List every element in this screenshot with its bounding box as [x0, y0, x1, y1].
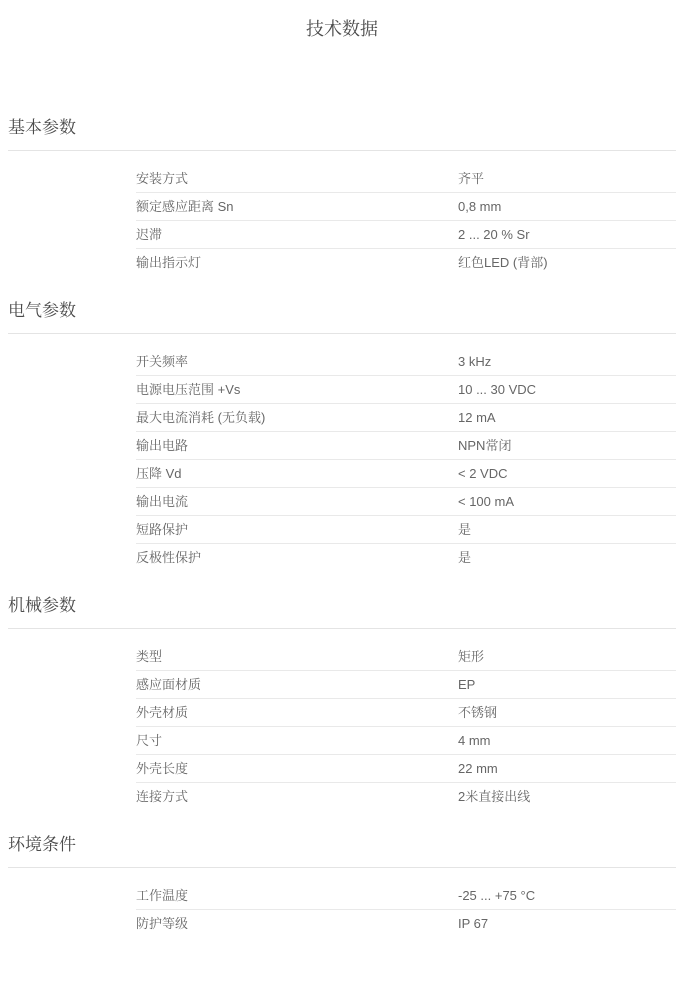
section-divider	[8, 628, 676, 629]
table-row: 类型 矩形	[136, 643, 676, 671]
section-divider	[8, 867, 676, 868]
row-label: 电源电压范围 +Vs	[136, 382, 458, 398]
table-row: 压降 Vd < 2 VDC	[136, 460, 676, 488]
spec-section: 基本参数 安装方式 齐平 额定感应距离 Sn 0,8 mm 迟滞 2 ... 2…	[8, 118, 676, 277]
row-value: 是	[458, 550, 676, 566]
table-row: 迟滞 2 ... 20 % Sr	[136, 221, 676, 249]
row-label: 反极性保护	[136, 550, 458, 566]
row-label: 输出电流	[136, 494, 458, 510]
row-value: NPN常闭	[458, 438, 676, 454]
row-label: 压降 Vd	[136, 466, 458, 482]
row-value: IP 67	[458, 916, 676, 932]
row-label: 类型	[136, 649, 458, 665]
spec-table: 开关频率 3 kHz 电源电压范围 +Vs 10 ... 30 VDC 最大电流…	[136, 348, 676, 572]
row-value: EP	[458, 677, 676, 693]
spec-section: 机械参数 类型 矩形 感应面材质 EP 外壳材质 不锈钢 尺寸 4 mm 外壳长…	[8, 596, 676, 811]
table-row: 额定感应距离 Sn 0,8 mm	[136, 193, 676, 221]
tech-data-page: 技术数据 基本参数 安装方式 齐平 额定感应距离 Sn 0,8 mm 迟滞 2 …	[0, 0, 684, 992]
row-label: 迟滞	[136, 227, 458, 243]
table-row: 输出指示灯 红色LED (背部)	[136, 249, 676, 277]
row-label: 额定感应距离 Sn	[136, 199, 458, 215]
row-label: 安装方式	[136, 171, 458, 187]
section-heading: 机械参数	[8, 596, 676, 616]
row-value: < 100 mA	[458, 494, 676, 510]
table-row: 工作温度 -25 ... +75 °C	[136, 882, 676, 910]
table-row: 尺寸 4 mm	[136, 727, 676, 755]
row-value: 矩形	[458, 649, 676, 665]
section-divider	[8, 150, 676, 151]
row-label: 防护等级	[136, 916, 458, 932]
row-label: 连接方式	[136, 789, 458, 805]
page-title: 技术数据	[8, 16, 676, 42]
row-value: 22 mm	[458, 761, 676, 777]
table-row: 外壳长度 22 mm	[136, 755, 676, 783]
row-value: 3 kHz	[458, 354, 676, 370]
row-label: 开关频率	[136, 354, 458, 370]
spec-section: 电气参数 开关频率 3 kHz 电源电压范围 +Vs 10 ... 30 VDC…	[8, 301, 676, 572]
row-value: 0,8 mm	[458, 199, 676, 215]
section-heading: 电气参数	[8, 301, 676, 321]
table-row: 最大电流消耗 (无负载) 12 mA	[136, 404, 676, 432]
table-row: 输出电流 < 100 mA	[136, 488, 676, 516]
table-row: 外壳材质 不锈钢	[136, 699, 676, 727]
spec-table: 工作温度 -25 ... +75 °C 防护等级 IP 67	[136, 882, 676, 938]
section-heading: 环境条件	[8, 835, 676, 855]
row-label: 感应面材质	[136, 677, 458, 693]
row-value: 2 ... 20 % Sr	[458, 227, 676, 243]
row-label: 外壳材质	[136, 705, 458, 721]
table-row: 防护等级 IP 67	[136, 910, 676, 938]
spec-table: 安装方式 齐平 额定感应距离 Sn 0,8 mm 迟滞 2 ... 20 % S…	[136, 165, 676, 277]
section-divider	[8, 333, 676, 334]
row-value: 12 mA	[458, 410, 676, 426]
row-value: 2米直接出线	[458, 789, 676, 805]
spec-table: 类型 矩形 感应面材质 EP 外壳材质 不锈钢 尺寸 4 mm 外壳长度 22 …	[136, 643, 676, 811]
table-row: 电源电压范围 +Vs 10 ... 30 VDC	[136, 376, 676, 404]
sections: 基本参数 安装方式 齐平 额定感应距离 Sn 0,8 mm 迟滞 2 ... 2…	[8, 118, 676, 938]
table-row: 感应面材质 EP	[136, 671, 676, 699]
row-value: 不锈钢	[458, 705, 676, 721]
row-label: 输出电路	[136, 438, 458, 454]
row-value: 10 ... 30 VDC	[458, 382, 676, 398]
row-label: 输出指示灯	[136, 255, 458, 271]
table-row: 短路保护 是	[136, 516, 676, 544]
row-label: 最大电流消耗 (无负载)	[136, 410, 458, 426]
row-value: 齐平	[458, 171, 676, 187]
spec-section: 环境条件 工作温度 -25 ... +75 °C 防护等级 IP 67	[8, 835, 676, 938]
row-value: < 2 VDC	[458, 466, 676, 482]
row-label: 工作温度	[136, 888, 458, 904]
section-heading: 基本参数	[8, 118, 676, 138]
table-row: 反极性保护 是	[136, 544, 676, 572]
row-label: 尺寸	[136, 733, 458, 749]
row-label: 外壳长度	[136, 761, 458, 777]
row-value: 红色LED (背部)	[458, 255, 676, 271]
table-row: 开关频率 3 kHz	[136, 348, 676, 376]
table-row: 输出电路 NPN常闭	[136, 432, 676, 460]
table-row: 安装方式 齐平	[136, 165, 676, 193]
row-value: -25 ... +75 °C	[458, 888, 676, 904]
row-value: 4 mm	[458, 733, 676, 749]
row-label: 短路保护	[136, 522, 458, 538]
row-value: 是	[458, 522, 676, 538]
table-row: 连接方式 2米直接出线	[136, 783, 676, 811]
